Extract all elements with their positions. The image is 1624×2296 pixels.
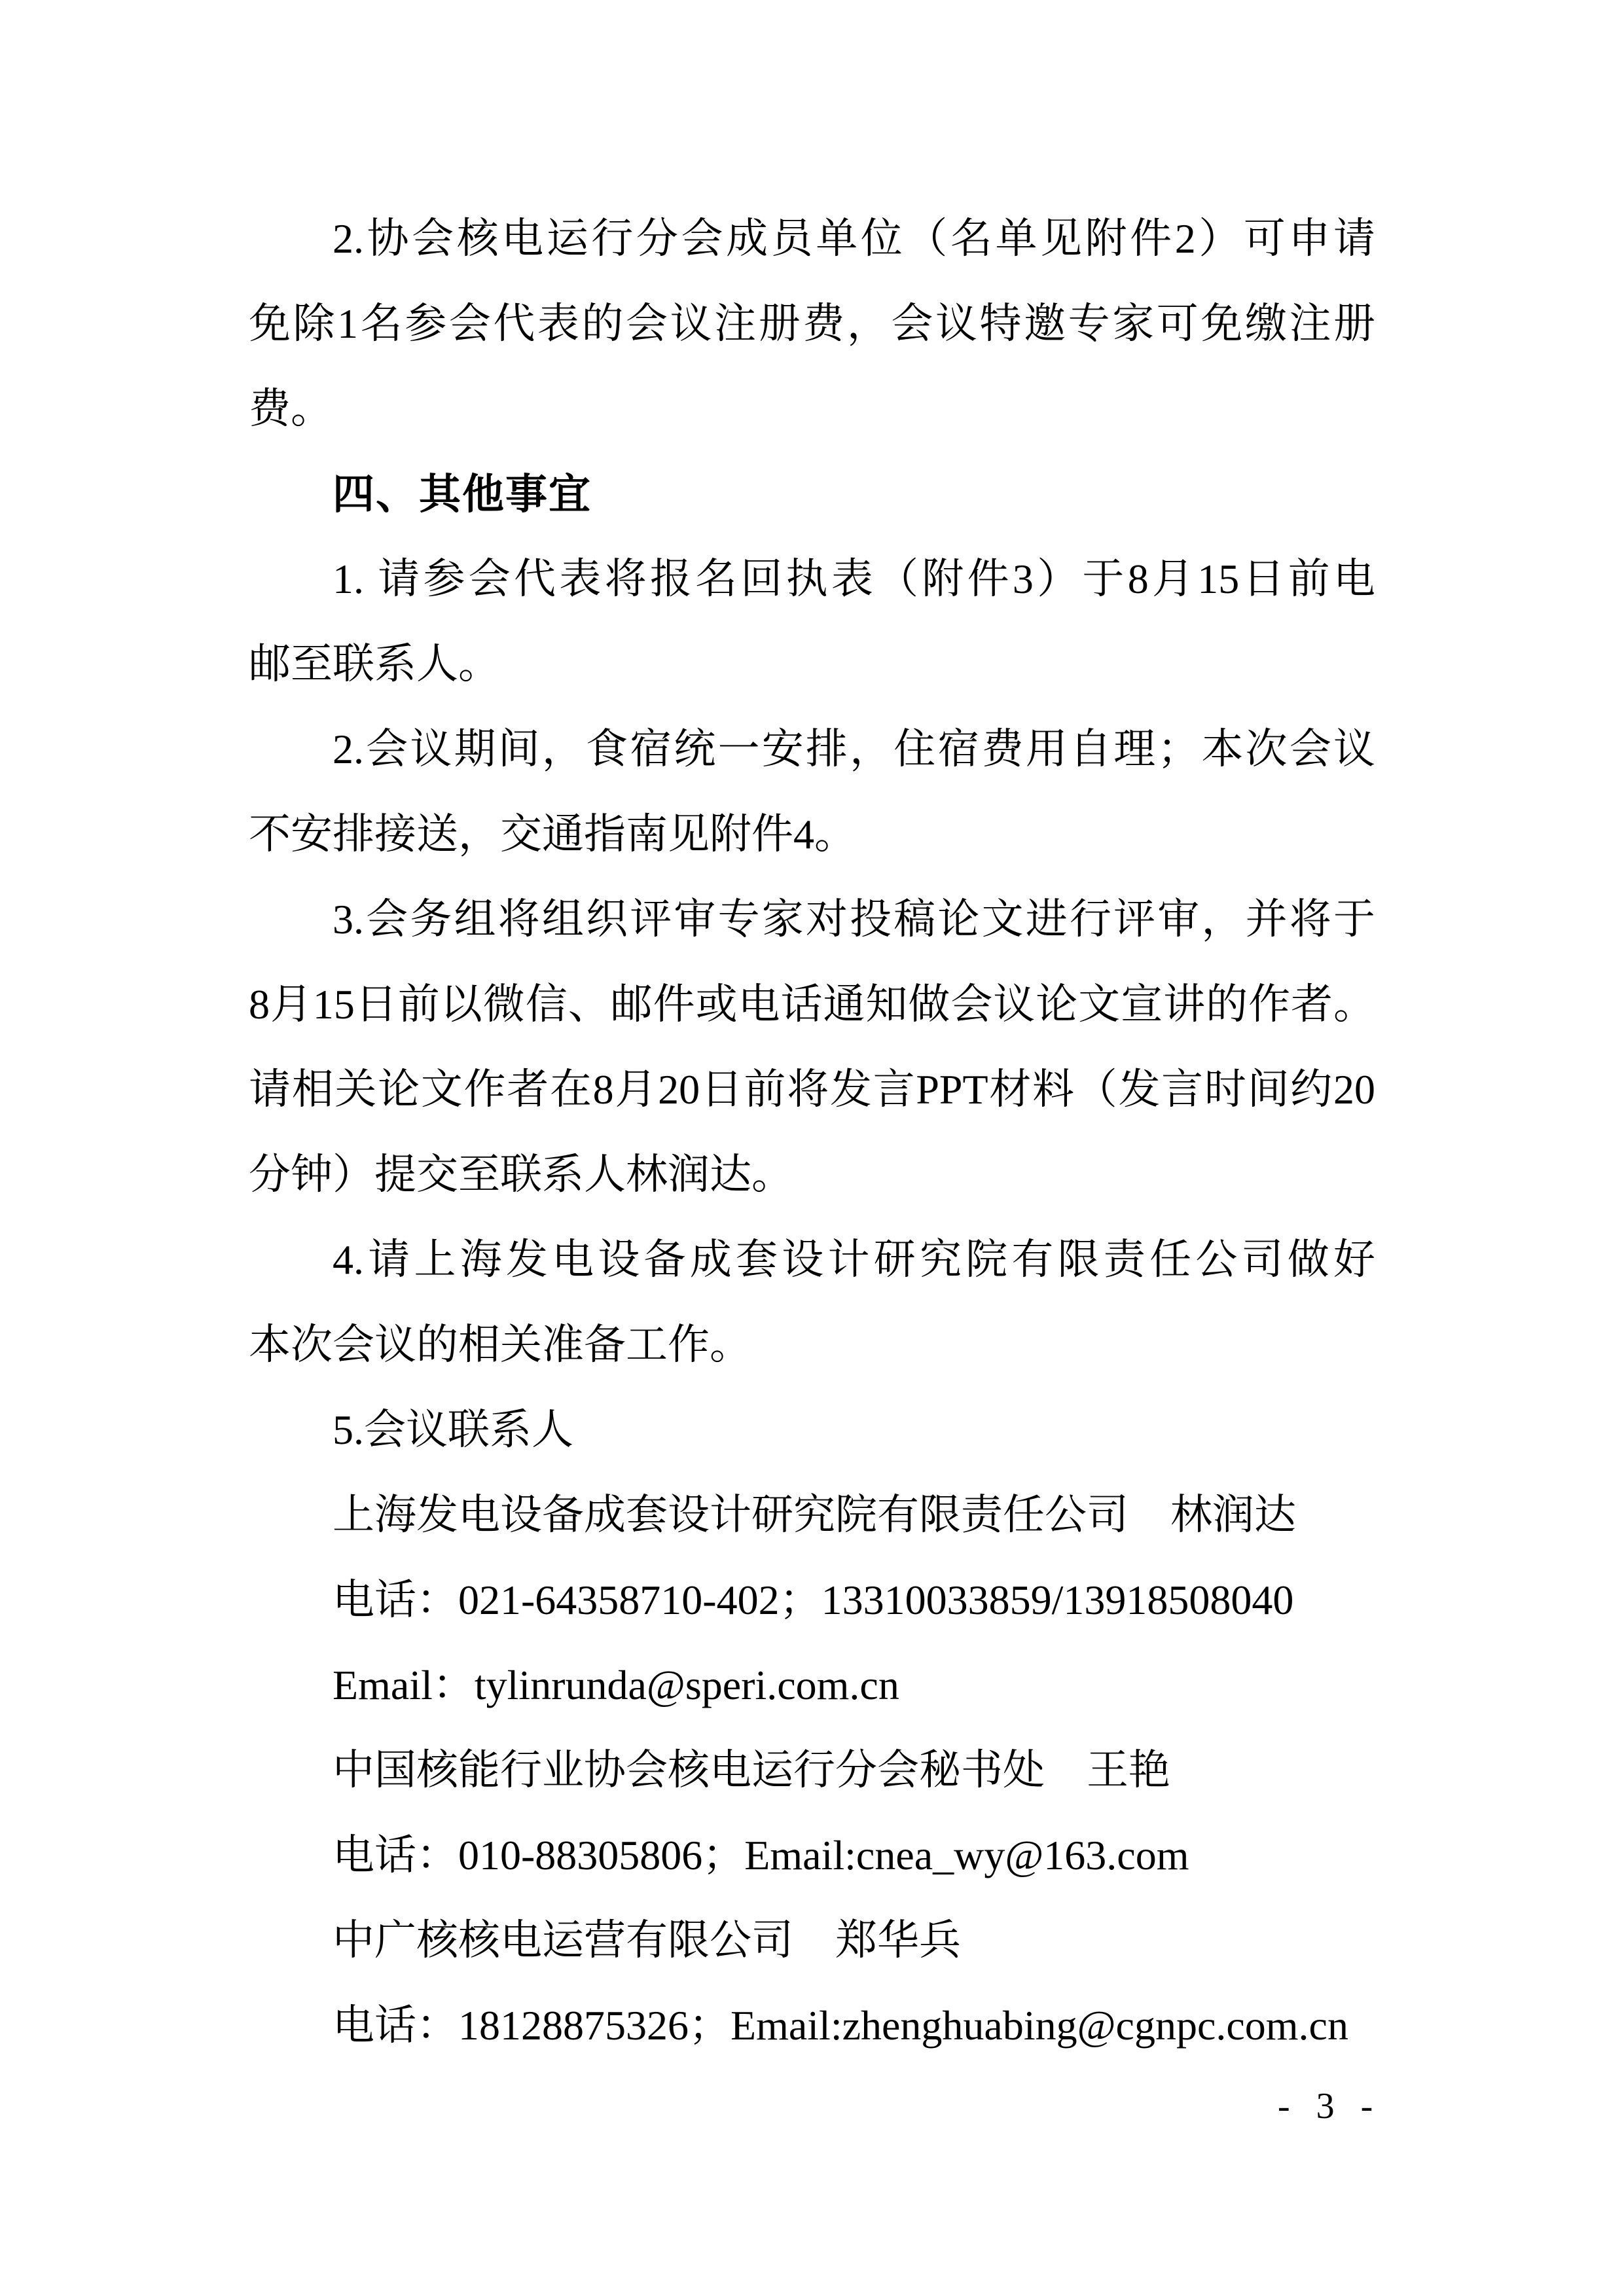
text-line: 电话：18128875326；Email:zhenghuabing@cgnpc.… — [249, 1983, 1375, 2068]
text-line: 2.协会核电运行分会成员单位（名单见附件2）可申请 — [249, 196, 1375, 281]
text-line: 2.会议期间，食宿统一安排，住宿费用自理；本次会议 — [249, 707, 1375, 792]
section-heading: 四、其他事宜 — [249, 452, 1375, 537]
text-line: 上海发电设备成套设计研究院有限责任公司 林润达 — [249, 1473, 1375, 1558]
text-line: 免除1名参会代表的会议注册费，会议特邀专家可免缴注册 — [249, 281, 1375, 367]
text-line: 本次会议的相关准备工作。 — [249, 1302, 1375, 1388]
text-line: 1. 请参会代表将报名回执表（附件3）于8月15日前电 — [249, 537, 1375, 622]
text-line: 邮至联系人。 — [249, 622, 1375, 707]
text-line: 4.请上海发电设备成套设计研究院有限责任公司做好 — [249, 1217, 1375, 1302]
page-number: - 3 - — [1278, 2080, 1377, 2132]
text-line: 电话：010-88305806；Email:cnea_wy@163.com — [249, 1813, 1375, 1898]
text-line: 分钟）提交至联系人林润达。 — [249, 1132, 1375, 1217]
text-line: 费。 — [249, 367, 1375, 452]
text-line: 3.会务组将组织评审专家对投稿论文进行评审，并将于 — [249, 877, 1375, 962]
text-line: 中广核核电运营有限公司 郑华兵 — [249, 1898, 1375, 1983]
text-line: 不安排接送，交通指南见附件4。 — [249, 792, 1375, 877]
text-line: 请相关论文作者在8月20日前将发言PPT材料（发言时间约20 — [249, 1047, 1375, 1132]
text-line: 8月15日前以微信、邮件或电话通知做会议论文宣讲的作者。 — [249, 962, 1375, 1047]
document-page: 2.协会核电运行分会成员单位（名单见附件2）可申请免除1名参会代表的会议注册费，… — [0, 0, 1624, 2296]
text-line: 电话：021-64358710-402；13310033859/13918508… — [249, 1558, 1375, 1643]
document-body: 2.协会核电运行分会成员单位（名单见附件2）可申请免除1名参会代表的会议注册费，… — [249, 196, 1375, 2068]
text-line: Email：tylinrunda@speri.com.cn — [249, 1643, 1375, 1728]
text-line: 中国核能行业协会核电运行分会秘书处 王艳 — [249, 1728, 1375, 1813]
text-line: 5.会议联系人 — [249, 1388, 1375, 1473]
